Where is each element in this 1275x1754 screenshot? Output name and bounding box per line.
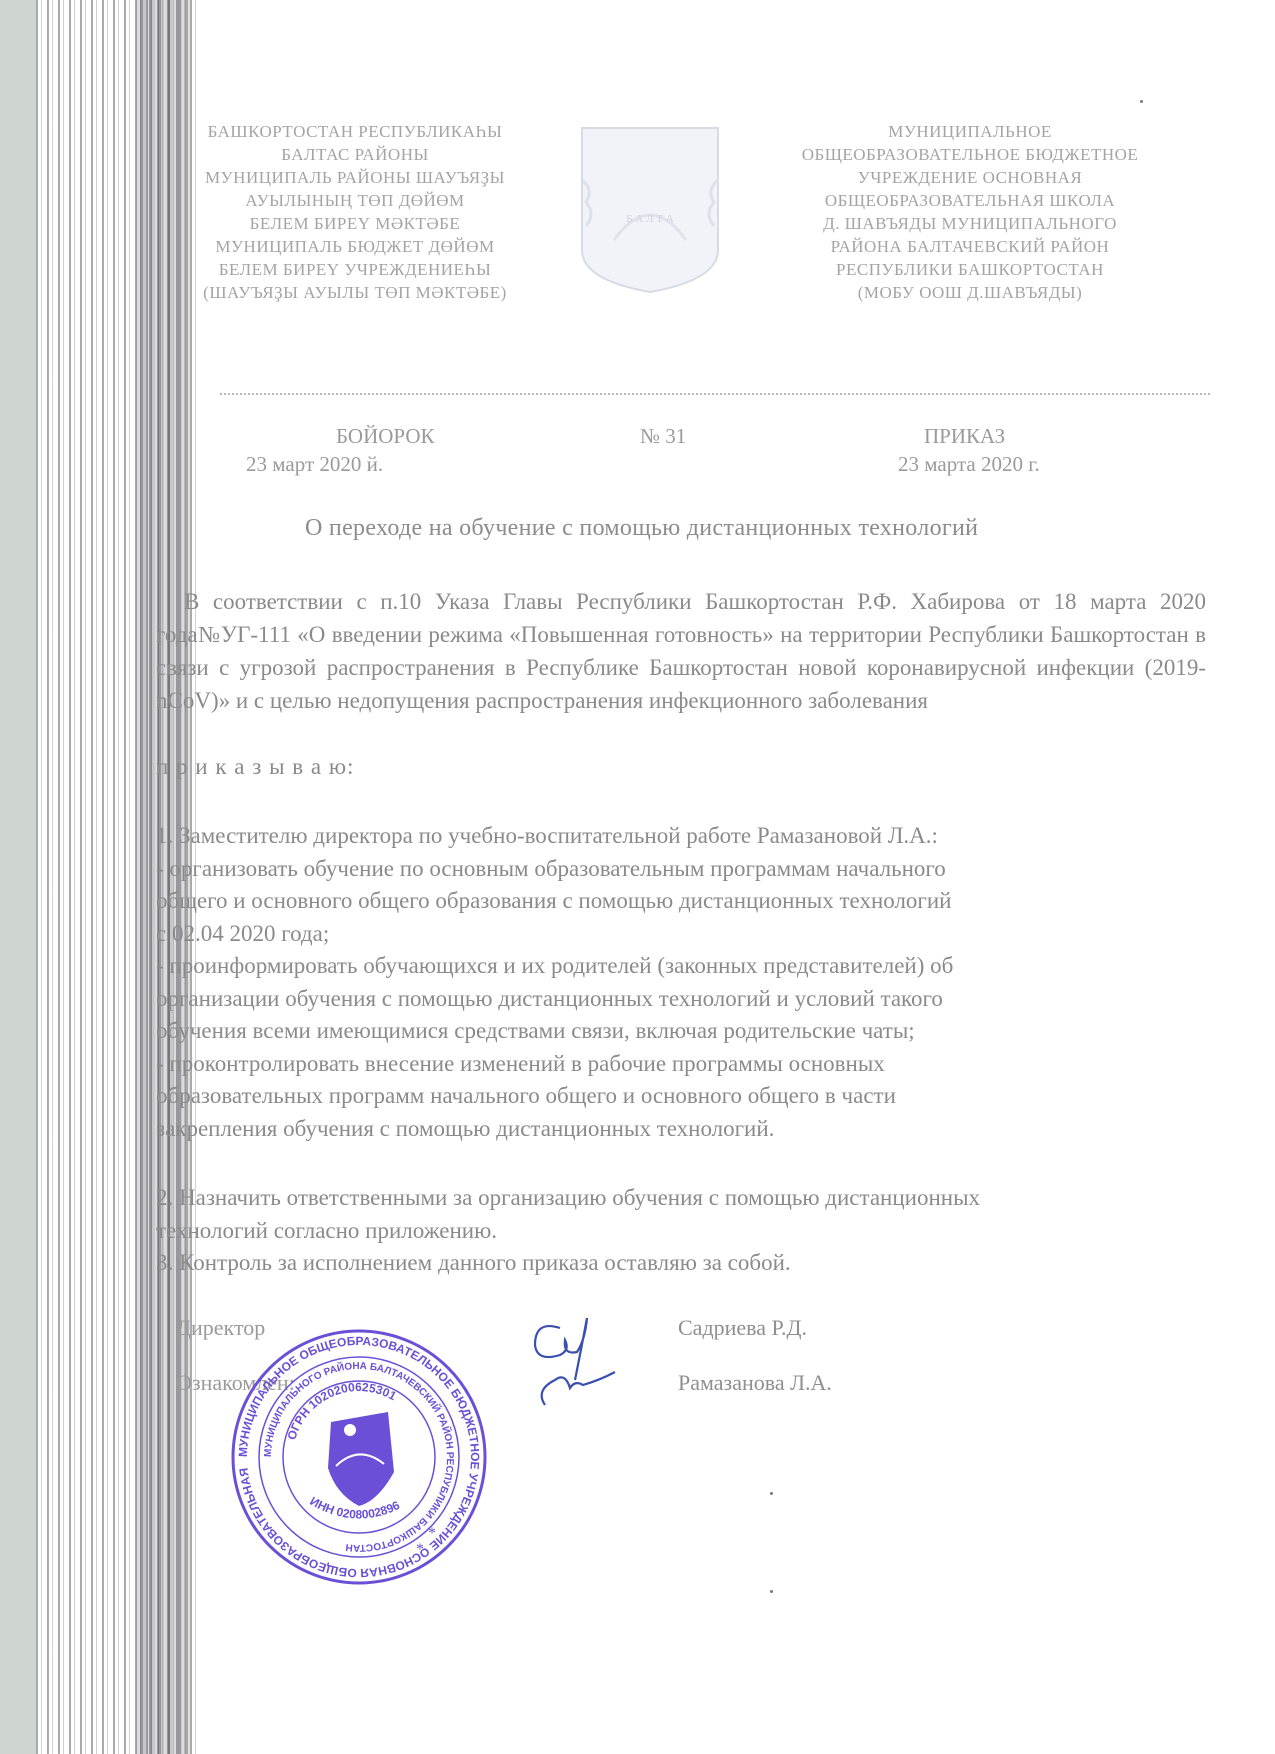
header-line: БАЛТАС РАЙОНЫ [170,143,540,166]
item-line: - проконтролировать внесение изменений в… [156,1048,1216,1081]
item-line: организации обучения с помощью дистанцио… [156,983,1216,1016]
scan-speck [770,1492,773,1495]
official-stamp: МУНИЦИПАЛЬНОЕ ОБЩЕОБРАЗОВАТЕЛЬНОЕ БЮДЖЕТ… [228,1326,490,1588]
header-line: РЕСПУБЛИКИ БАШКОРТОСТАН [760,258,1180,281]
header-russian: МУНИЦИПАЛЬНОЕ ОБЩЕОБРАЗОВАТЕЛЬНОЕ БЮДЖЕТ… [760,120,1180,304]
header-line: БЕЛЕМ БИРЕҮ МӘКТӘБЕ [170,212,540,235]
header-line: МУНИЦИПАЛЬ РАЙОНЫ ШАУЪЯҘЫ [170,166,540,189]
item-line: 1. Заместителю директора по учебно-воспи… [156,820,1216,853]
header-line: БАШКОРТОСТАН РЕСПУБЛИКАҺЫ [170,120,540,143]
header-bashkir: БАШКОРТОСТАН РЕСПУБЛИКАҺЫ БАЛТАС РАЙОНЫ … [170,120,540,304]
item-line: общего и основного общего образования с … [156,885,1216,918]
header-line: (МОБУ ООШ Д.ШАВЪЯДЫ) [760,281,1180,304]
order-title-bashkir: БОЙОРОК [336,424,435,449]
acquainted-name: Рамазанова Л.А. [678,1370,832,1396]
preamble: В соответствии с п.10 Указа Главы Респуб… [156,585,1206,717]
order-subject: О переходе на обучение с помощью дистанц… [305,515,978,542]
header-line: ОБЩЕОБРАЗОВАТЕЛЬНАЯ ШКОЛА [760,189,1180,212]
handwritten-signature [515,1310,625,1410]
scan-edge [0,0,36,1754]
item-line: технологий согласно приложению. [156,1215,1216,1248]
header-line: МУНИЦИПАЛЬ БЮДЖЕТ ДӨЙӨМ [170,235,540,258]
header-line: ОБЩЕОБРАЗОВАТЕЛЬНОЕ БЮДЖЕТНОЕ [760,143,1180,166]
item-2-3-block: 2. Назначить ответственными за организац… [156,1182,1216,1280]
order-word: п р и к а з ы в а ю: [156,750,1206,783]
item-line: с 02.04 2020 года; [156,918,1216,951]
item-line: образовательных программ начального обще… [156,1080,1216,1113]
header-line: Д. ШАВЪЯДЫ МУНИЦИПАЛЬНОГО [760,212,1180,235]
director-name: Садриева Р.Д. [678,1315,807,1341]
item-line: обучения всеми имеющимися средствами свя… [156,1015,1216,1048]
header-line: АУЫЛЫНЫҢ ТӨП ДӨЙӨМ [170,189,540,212]
header-line: (ШАУЪЯҘЫ АУЫЛЫ ТӨП МӘКТӘБЕ) [170,281,540,304]
item-1-block: 1. Заместителю директора по учебно-воспи… [156,820,1216,1145]
item-line: 2. Назначить ответственными за организац… [156,1182,1216,1215]
header-line: УЧРЕЖДЕНИЕ ОСНОВНАЯ [760,166,1180,189]
order-title-russian: ПРИКАЗ [924,424,1005,449]
header-line: МУНИЦИПАЛЬНОЕ [760,120,1180,143]
svg-text:*: * [416,1541,424,1558]
stamp-emblem-icon [328,1412,394,1506]
scan-speck [1140,100,1143,103]
scan-speck [770,1590,773,1593]
coat-of-arms-icon: Б А Л Т А [574,120,726,298]
svg-text:Б А Л Т А: Б А Л Т А [626,213,673,225]
svg-text:*: * [428,1525,436,1542]
header-line: РАЙОНА БАЛТАЧЕВСКИЙ РАЙОН [760,235,1180,258]
order-date-russian: 23 марта 2020 г. [898,452,1040,477]
order-number: № 31 [640,424,686,449]
item-line: закрепления обучения с помощью дистанцио… [156,1113,1216,1146]
header-divider [220,393,1210,395]
item-line: 3. Контроль за исполнением данного прика… [156,1247,1216,1280]
order-date-bashkir: 23 март 2020 й. [246,452,383,477]
item-line: - проинформировать обучающихся и их роди… [156,950,1216,983]
item-line: - организовать обучение по основным обра… [156,853,1216,886]
header-line: БЕЛЕМ БИРЕҮ УЧРЕЖДЕНИЕҺЫ [170,258,540,281]
